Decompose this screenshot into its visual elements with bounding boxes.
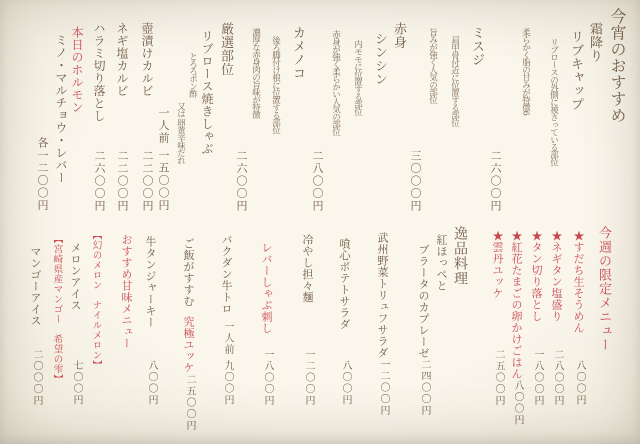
- item-label: 厳選部位: [219, 22, 232, 76]
- item-price: 一二〇〇円: [302, 349, 313, 407]
- item-label: 柔らかく脂の甘みが特徴6: [521, 28, 530, 115]
- item-label: 逸品料理: [453, 226, 467, 286]
- sudachi: ★すだち生そうめん八〇〇円: [573, 230, 584, 406]
- negishio: ネギ塩カルビ二二〇〇円: [116, 22, 128, 212]
- item-label: マンゴーアイス: [30, 246, 41, 327]
- item-label: ★ネギタン塩盛り: [551, 230, 562, 322]
- item-label: とろろポン酢: [188, 52, 197, 97]
- item-price: 一二〇〇円: [377, 359, 388, 417]
- mango-label: 【宮崎県産マンゴー 希望の雫】: [52, 234, 62, 406]
- harami: ハラミ切り落とし二六〇〇円: [93, 22, 105, 212]
- shinshin-desc-1: 内モモに位置する部位: [353, 40, 362, 212]
- tantanmen: 冷やし担々麺一二〇〇円: [302, 234, 313, 406]
- ribcap-price: 二六〇〇円: [490, 8, 501, 212]
- item-label: 濃厚な赤身肉の旨味が特徴: [251, 28, 260, 118]
- benihoppe: 紅ほっぺと: [436, 234, 447, 406]
- item-price: 八〇〇円: [339, 360, 350, 406]
- item-label: カメノコ: [291, 26, 304, 80]
- item-price: 二〇〇〇円: [30, 349, 41, 407]
- tankiri: ★タン切り落とし一八〇〇円: [531, 230, 542, 406]
- item-label: ★雲丹ユッケ: [492, 230, 503, 299]
- mango-ice: マンゴーアイス二〇〇〇円: [30, 246, 41, 406]
- caprese: ブラータのカプレーゼ二四〇〇円: [418, 244, 429, 406]
- uni: ★雲丹ユッケ二五〇〇円: [492, 230, 503, 406]
- item-label: リブロースの外側に被さっている部位: [549, 38, 558, 166]
- item-label: ハラミ切り落とし: [93, 22, 105, 122]
- item-label: バクダン牛トロ: [221, 234, 232, 315]
- bottom-section: 今週の限定メニュー★すだち生そうめん八〇〇円★ネギタン塩盛り二八〇〇円★タン切り…: [0, 222, 640, 444]
- item-label: 冷やし担々麺: [302, 234, 313, 303]
- mino-price: 各一二〇〇円: [37, 8, 48, 212]
- item-price: 二四〇〇円: [418, 359, 429, 417]
- item-label: ご飯がすすむ: [183, 238, 194, 307]
- kamenoko-price: 二六〇〇円: [236, 8, 247, 212]
- menu-page: 今宵のおすすめ霜降りリブキャップリブロースの外側に被さっている部位柔らかく脂の甘…: [0, 0, 640, 444]
- kamenoko-desc-2: 濃厚な赤身肉の旨味が特徴: [251, 28, 260, 212]
- top-section: 今宵のおすすめ霜降りリブキャップリブロースの外側に被さっている部位柔らかく脂の甘…: [0, 0, 640, 222]
- melon-label: 【幻のメロン ナイルメロン】: [91, 230, 101, 406]
- item-label: 後ろ脚付け根に位置する部位: [271, 36, 280, 134]
- item-label: 赤身が強く柔らかい人気の部位: [331, 30, 340, 135]
- kamenoko: カメノコ: [291, 26, 304, 212]
- item-price: 二六〇〇円: [93, 150, 105, 213]
- item-label: おすすめ甘味メニュー: [121, 234, 132, 349]
- yakishabu: リブロース焼きしゃぶ: [201, 30, 213, 212]
- yakishabu-price: 一人前 一五〇〇円: [158, 8, 169, 212]
- gyutan-jerky: 牛タンジャーキー八〇〇円: [145, 236, 156, 406]
- negitan: ★ネギタン塩盛り二八〇〇円: [551, 230, 562, 406]
- item-price: 一人前 一五〇〇円: [158, 107, 169, 212]
- item-label: ミスジ: [470, 26, 483, 67]
- item-price: 一人前 九〇〇円: [221, 321, 232, 406]
- item-label: 今週の限定メニュー: [597, 226, 610, 352]
- item-label: 霜降り: [588, 22, 601, 63]
- item-label: 壺漬けカルビ: [141, 22, 153, 97]
- item-price: 八〇〇円: [511, 380, 522, 426]
- shinshin: シンシン: [373, 32, 386, 212]
- item-price: 一八〇〇円: [261, 349, 272, 407]
- akami: 赤身: [392, 22, 405, 212]
- shinshin-price: 二八〇〇円: [312, 8, 323, 212]
- ribcap: リブキャップ: [569, 30, 582, 212]
- item-label: 【幻のメロン ナイルメロン】: [91, 230, 101, 370]
- yakishabu-sauce-2: 又は 卵黄辛味だれ: [176, 102, 185, 212]
- melon-ice: メロンアイス七〇〇円: [70, 242, 81, 406]
- item-price: 八〇〇円: [573, 360, 584, 406]
- item-label: 内モモに位置する部位: [353, 40, 362, 115]
- item-price: 二二〇〇円: [116, 150, 128, 213]
- item-label: 旨みが強く人気の部位: [428, 28, 437, 103]
- item-price: 一八〇〇円: [531, 349, 542, 407]
- item-label: 喰心ポテトサラダ: [339, 238, 350, 330]
- item-label: メロンアイス: [70, 242, 81, 311]
- kanmi-title: おすすめ甘味メニュー: [121, 234, 132, 406]
- item-price: 二五〇〇円: [492, 349, 503, 407]
- item-price: 二二〇〇円: [141, 150, 153, 213]
- misuji-desc-1: 肩甲骨付近に位置する部位: [450, 36, 459, 212]
- item-label: 今宵のおすすめ: [609, 8, 625, 124]
- item-label: ネギ塩カルビ: [116, 22, 128, 97]
- item-label: 本日のホルモン: [71, 26, 83, 114]
- liver-shabu: レバーしゃぶ刺し一八〇〇円: [261, 242, 272, 406]
- misuji-price: 三〇〇〇円: [410, 8, 421, 212]
- gensen-title: 厳選部位: [219, 22, 232, 212]
- item-label: ★紅花たまごの卵かけごはん: [511, 230, 522, 380]
- potato-salad: 喰心ポテトサラダ八〇〇円: [339, 238, 350, 406]
- misuji: ミスジ: [470, 26, 483, 212]
- item-label: レバーしゃぶ刺し: [261, 242, 272, 334]
- item-price: 二六〇〇円: [490, 150, 501, 213]
- yakishabu-sauce-1: とろろポン酢: [188, 52, 197, 212]
- item-price: 七〇〇円: [70, 360, 81, 406]
- item-price: 二六〇〇円: [236, 150, 247, 213]
- item-price: 八〇〇円: [145, 360, 156, 406]
- item-price: 三〇〇〇円: [410, 150, 421, 213]
- item-label: ★タン切り落とし: [531, 230, 542, 322]
- item-price: 二八〇〇円: [551, 349, 562, 407]
- item-label: リブキャップ: [569, 30, 582, 111]
- ippin-title: 逸品料理: [453, 226, 467, 406]
- ribcap-desc-1: リブロースの外側に被さっている部位: [549, 38, 558, 212]
- horumon-title: 本日のホルモン: [71, 26, 83, 212]
- item-label: シンシン: [373, 32, 386, 86]
- bakudan: バクダン牛トロ一人前 九〇〇円: [221, 234, 232, 406]
- item-label: 牛タンジャーキー: [145, 236, 156, 328]
- kyukyoku-yukke: ご飯がすすむ究極ユッケ二五〇〇円: [183, 238, 194, 406]
- tonight-title: 今宵のおすすめ: [609, 8, 625, 212]
- item-price: 二五〇〇円: [183, 374, 194, 432]
- item-label: 又は 卵黄辛味だれ: [176, 102, 185, 164]
- item-label: リブロース焼きしゃぶ: [201, 30, 213, 155]
- benibana: ★紅花たまごの卵かけごはん八〇〇円: [511, 230, 522, 406]
- item-label: 武州野菜トリュフサラダ: [377, 232, 388, 359]
- item-price: 二八〇〇円: [312, 150, 323, 213]
- item-label: 肩甲骨付近に位置する部位: [450, 36, 459, 126]
- item-label: 【宮崎県産マンゴー 希望の雫】: [52, 234, 62, 384]
- item-price: 各一二〇〇円: [37, 137, 48, 212]
- item-label-accent: 究極ユッケ: [183, 316, 194, 374]
- item-label: ブラータのカプレーゼ: [418, 244, 429, 359]
- shinshin-desc-2: 赤身が強く柔らかい人気の部位: [331, 30, 340, 212]
- shimofuri: 霜降り: [588, 22, 601, 212]
- item-label: 紅ほっぺと: [436, 234, 447, 292]
- mino: ミノ・マルチョウ・レバー: [55, 34, 67, 212]
- item-label: ★すだち生そうめん: [573, 230, 584, 334]
- item-label: ミノ・マルチョウ・レバー: [55, 34, 67, 184]
- item-label: 赤身: [392, 22, 405, 49]
- ribcap-desc-2: 柔らかく脂の甘みが特徴6: [521, 28, 530, 212]
- kamenoko-desc-1: 後ろ脚付け根に位置する部位: [271, 36, 280, 212]
- weekly-title: 今週の限定メニュー: [597, 226, 610, 406]
- misuji-desc-2: 旨みが強く人気の部位: [428, 28, 437, 212]
- truffle-salad: 武州野菜トリュフサラダ一二〇〇円: [377, 232, 388, 406]
- tsubozuke: 壺漬けカルビ二二〇〇円: [141, 22, 153, 212]
